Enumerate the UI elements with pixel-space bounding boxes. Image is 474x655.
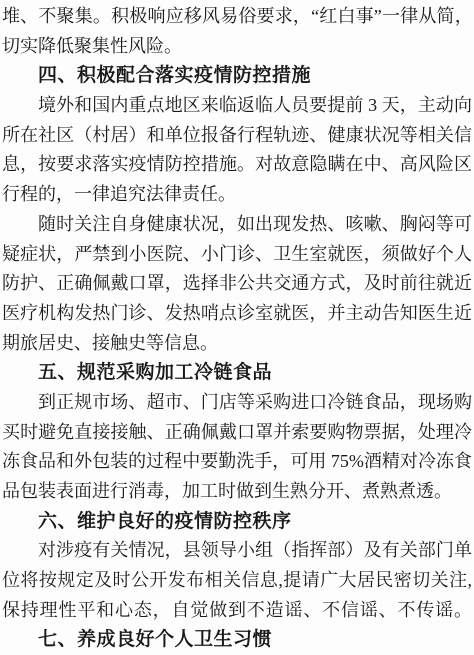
section-heading-7: 七、养成良好个人卫生习惯 bbox=[2, 625, 472, 655]
section-heading-6: 六、维护良好的疫情防控秩序 bbox=[2, 507, 472, 537]
section-heading-4: 四、积极配合落实疫情防控措施 bbox=[2, 61, 472, 91]
text-line: 切实降低聚集性风险。 bbox=[2, 32, 472, 62]
text-line: 息，按要求落实疫情防控措施。对故意隐瞒在中、高风险区 bbox=[2, 150, 472, 180]
text-line: 期旅居史、接触史等信息。 bbox=[2, 329, 472, 359]
text-line: 堆、不聚集。积极响应移风易俗要求，“红白事”一律从简， bbox=[2, 2, 472, 32]
text-line: 行程的，一律追究法律责任。 bbox=[2, 180, 472, 210]
text-line: 品包装表面进行消毒，加工时做到生熟分开、煮熟煮透。 bbox=[2, 477, 472, 507]
text-line: 保持理性平和心态，自觉做到不造谣、不信谣、不传谣。 bbox=[2, 596, 472, 626]
text-line: 到正规市场、超市、门店等采购进口冷链食品，现场购 bbox=[2, 388, 472, 418]
text-line: 买时避免直接接触、正确佩戴口罩并索要购物票据，处理冷 bbox=[2, 418, 472, 448]
text-line: 所在社区（村居）和单位报备行程轨迹、健康状况等相关信 bbox=[2, 121, 472, 151]
document-page: { "page": { "background": "#fdfdfd", "te… bbox=[0, 0, 474, 655]
text-line: 对涉疫有关情况，县领导小组（指挥部）及有关部门单 bbox=[2, 536, 472, 566]
section-heading-5: 五、规范采购加工冷链食品 bbox=[2, 358, 472, 388]
text-line: 位将按规定及时公开发布相关信息,提请广大居民密切关注, bbox=[2, 566, 472, 596]
text-line: 疑症状，严禁到小医院、小门诊、卫生室就医，须做好个人 bbox=[2, 240, 472, 270]
text-line: 境外和国内重点地区来临返临人员要提前 3 天，主动向 bbox=[2, 91, 472, 121]
document-body: 堆、不聚集。积极响应移风易俗要求，“红白事”一律从简， 切实降低聚集性风险。 四… bbox=[0, 0, 474, 655]
text-line: 医疗机构发热门诊、发热哨点诊室就医，并主动告知医生近 bbox=[2, 299, 472, 329]
text-line: 冻食品和外包装的过程中要勤洗手，可用 75%酒精对冷冻食 bbox=[2, 447, 472, 477]
text-line: 防护、正确佩戴口罩，选择非公共交通方式，及时前往就近 bbox=[2, 269, 472, 299]
text-line: 随时关注自身健康状况，如出现发热、咳嗽、胸闷等可 bbox=[2, 210, 472, 240]
